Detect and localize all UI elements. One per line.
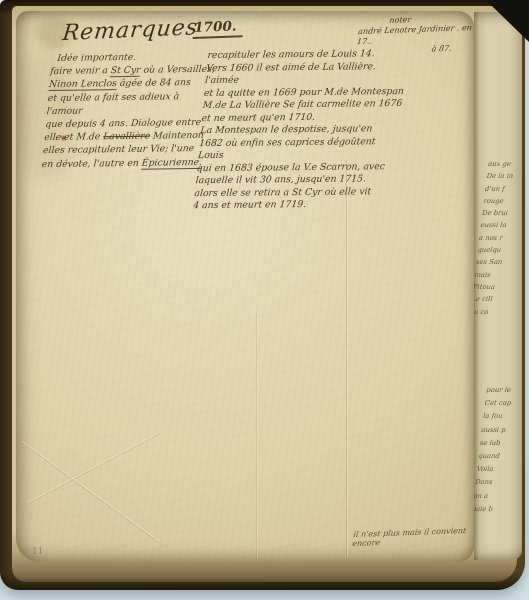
text-fragment: quand xyxy=(477,450,522,463)
underlined-text: Épicurienne. xyxy=(141,157,202,170)
left-text-column: Idée importante. faire venir a St Cyr où… xyxy=(41,50,222,171)
line-text: âgée de 84 ans xyxy=(116,77,191,89)
text-fragment: ses San xyxy=(475,256,522,268)
handwritten-line: alors elle se retira a St Cyr où elle vi… xyxy=(194,186,397,201)
text-fragment: paie b xyxy=(474,503,522,516)
underlined-text: Ninon Lenclos xyxy=(48,78,117,91)
handwritten-line: 1682 où enfin ses caprices dégoûtent Lou… xyxy=(197,135,401,162)
text-fragment: De la in xyxy=(486,170,522,182)
text-fragment: Cet cap xyxy=(484,397,522,410)
handwritten-line: 4 ans et meurt en 1719. xyxy=(193,198,396,213)
text-fragment: Voila xyxy=(476,463,522,476)
manuscript-photo: aux ge De la in d'un f rouge De brui eus… xyxy=(0,0,529,600)
handwritten-line: M.de La Vallière Se fait carmelite en 16… xyxy=(202,98,405,113)
text-fragment: la fou xyxy=(482,410,522,423)
text-fragment: quelqu xyxy=(477,244,522,256)
text-fragment: Le cill xyxy=(474,293,522,305)
handwritten-line: Vers 1660 il est aimé de La Vallière. l'… xyxy=(204,60,408,87)
text-fragment: rouge xyxy=(483,195,522,207)
text-fragment: d'un f xyxy=(484,183,522,195)
struck-text: Lavallière xyxy=(103,131,151,143)
paper-crease xyxy=(346,161,347,557)
line-text: où a Versailles, xyxy=(140,64,215,76)
text-fragment: mais xyxy=(474,269,522,281)
handwritten-line: et qu'elle a fait ses adieux à l'amour xyxy=(46,89,218,118)
text-fragment: aux ge xyxy=(487,158,522,170)
underlined-text: St Cyr xyxy=(110,65,141,77)
text-fragment: aussi p xyxy=(481,424,522,437)
text-fragment: a nos r xyxy=(478,232,522,244)
corner-note-line: à 87. xyxy=(431,43,474,55)
text-fragment: pour le xyxy=(485,384,522,397)
line-text: elle et M.de xyxy=(44,132,104,144)
text-fragment: se lub xyxy=(479,437,522,450)
text-fragment: eussi la xyxy=(480,219,522,231)
next-page-text-fragments-upper: aux ge De la in d'un f rouge De brui eus… xyxy=(474,158,522,318)
manuscript-page: Remarques 1700. noter andré Lenotre Jard… xyxy=(16,11,474,562)
text-fragment: au co xyxy=(474,306,522,318)
next-page-edge: aux ge De la in d'un f rouge De brui eus… xyxy=(474,12,522,560)
next-page-text-fragments-lower: pour le Cet cap la fou aussi p se lub qu… xyxy=(474,384,522,516)
handwritten-line: qui en 1683 épouse la V.e Scarron, avec xyxy=(196,161,399,176)
text-fragment: Pitoua xyxy=(474,281,522,293)
text-fragment: De brui xyxy=(481,207,522,219)
line-text: Maintenon xyxy=(150,130,205,142)
text-fragment: on a xyxy=(474,490,522,503)
page-number: 11 xyxy=(32,547,43,557)
right-text-column: recapituler les amours de Louis 14. Vers… xyxy=(193,48,410,213)
text-fragment: Dans xyxy=(474,476,522,489)
line-text: en dévote, l'autre en xyxy=(41,157,142,169)
line-text: faire venir a xyxy=(50,65,111,77)
year-heading: 1700. xyxy=(192,18,243,39)
paper-crease xyxy=(256,311,257,561)
handwritten-line: en dévote, l'autre en Épicurienne. xyxy=(41,155,212,171)
